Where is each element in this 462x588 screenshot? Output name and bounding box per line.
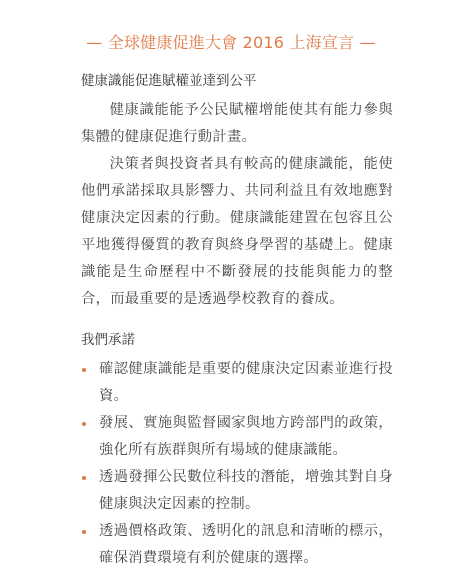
commitment-list: 確認健康識能是重要的健康決定因素並進行投資。 發展、實施與監督國家與地方跨部門的… xyxy=(81,356,393,572)
bullet-icon xyxy=(82,368,86,372)
list-item-text: 透過發揮公民數位科技的潛能，增強其對自身健康與決定因素的控制。 xyxy=(99,469,393,512)
list-item-text: 透過價格政策、透明化的訊息和清晰的標示，確保消費環境有利於健康的選擇。 xyxy=(99,523,393,566)
list-item: 透過發揮公民數位科技的潛能，增強其對自身健康與決定因素的控制。 xyxy=(81,464,393,518)
bullet-icon xyxy=(82,422,86,426)
list-item-text: 確認健康識能是重要的健康決定因素並進行投資。 xyxy=(99,361,393,404)
paragraph: 健康識能能予公民賦權增能使其有能力參與集體的健康促進行動計畫。 xyxy=(81,97,393,151)
bullet-icon xyxy=(82,476,86,480)
document-body: 健康識能促進賦權並達到公平 健康識能能予公民賦權增能使其有能力參與集體的健康促進… xyxy=(81,71,393,572)
list-item: 發展、實施與監督國家與地方跨部門的政策，強化所有族群與所有場域的健康識能。 xyxy=(81,410,393,464)
list-item: 確認健康識能是重要的健康決定因素並進行投資。 xyxy=(81,356,393,410)
list-item: 透過價格政策、透明化的訊息和清晰的標示，確保消費環境有利於健康的選擇。 xyxy=(81,518,393,572)
section-heading-commitments: 我們承諾 xyxy=(81,330,393,350)
document-title: — 全球健康促進大會 2016 上海宣言 — xyxy=(0,32,462,54)
bullet-icon xyxy=(82,530,86,534)
list-item-text: 發展、實施與監督國家與地方跨部門的政策，強化所有族群與所有場域的健康識能。 xyxy=(99,415,393,458)
paragraph: 決策者與投資者具有較高的健康識能，能使他們承諾採取具影響力、共同利益且有效地應對… xyxy=(81,151,393,313)
section-heading-health-literacy: 健康識能促進賦權並達到公平 xyxy=(81,71,393,91)
